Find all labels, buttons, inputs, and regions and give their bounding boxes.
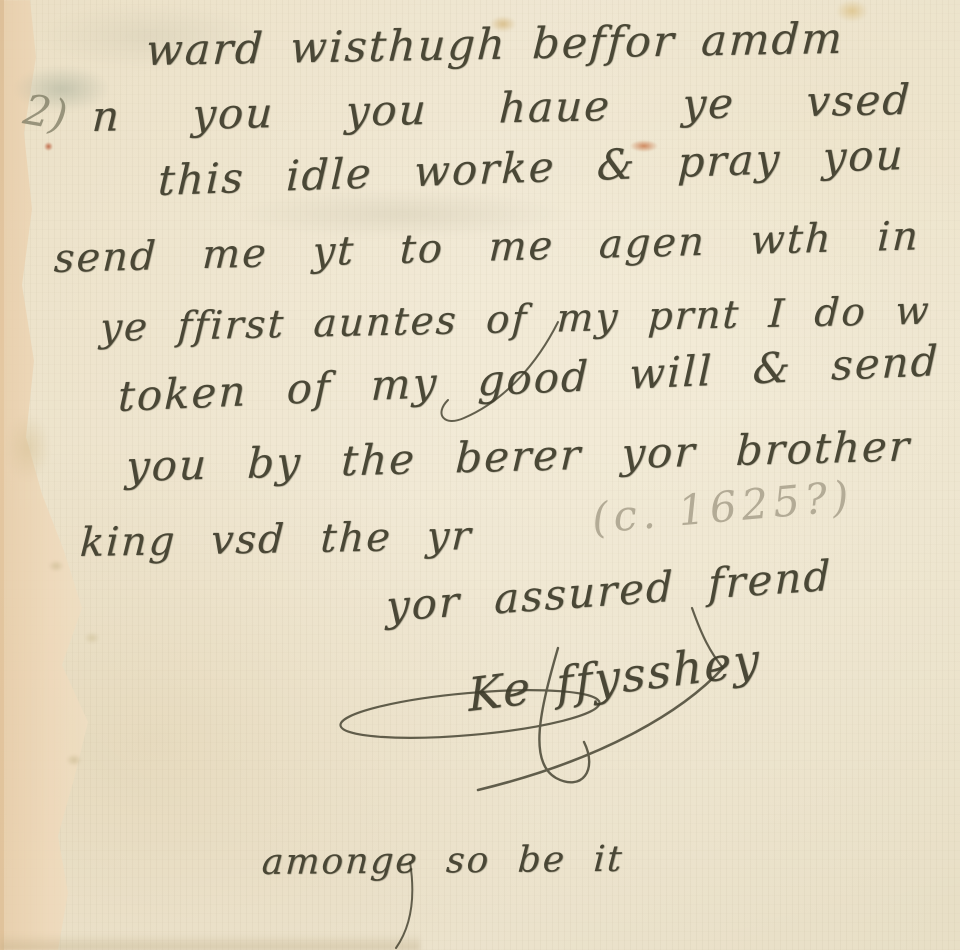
rust-dot bbox=[44, 142, 53, 151]
archival-number-mark: 2) bbox=[20, 85, 71, 141]
pencil-date-annotation: (c. 1625?) bbox=[590, 471, 856, 543]
manuscript-line-1: ward wisthugh beffor amdm bbox=[145, 14, 846, 76]
manuscript-scan: 2) (c. 1625?) ward wisthugh beffor amdm … bbox=[0, 0, 960, 950]
manuscript-line-4: send me yt to me agen wth in bbox=[53, 213, 921, 282]
postscript-line: amonge so be it bbox=[261, 839, 625, 883]
paper-edge-shadow bbox=[0, 0, 4, 950]
bottom-edge-shade bbox=[0, 934, 420, 950]
signature: Ke ffysshey bbox=[467, 632, 763, 722]
manuscript-line-3: this idle worke & pray you bbox=[157, 130, 905, 205]
torn-left-paper-edge bbox=[0, 0, 110, 950]
manuscript-line-6: token of my good will & send bbox=[117, 336, 940, 421]
edge-nub bbox=[84, 632, 100, 644]
manuscript-line-8: king vsd the yr bbox=[79, 513, 474, 566]
closing-line: yor assured frend bbox=[386, 551, 832, 631]
manuscript-line-2: n you you haue ye vsed bbox=[91, 75, 913, 141]
